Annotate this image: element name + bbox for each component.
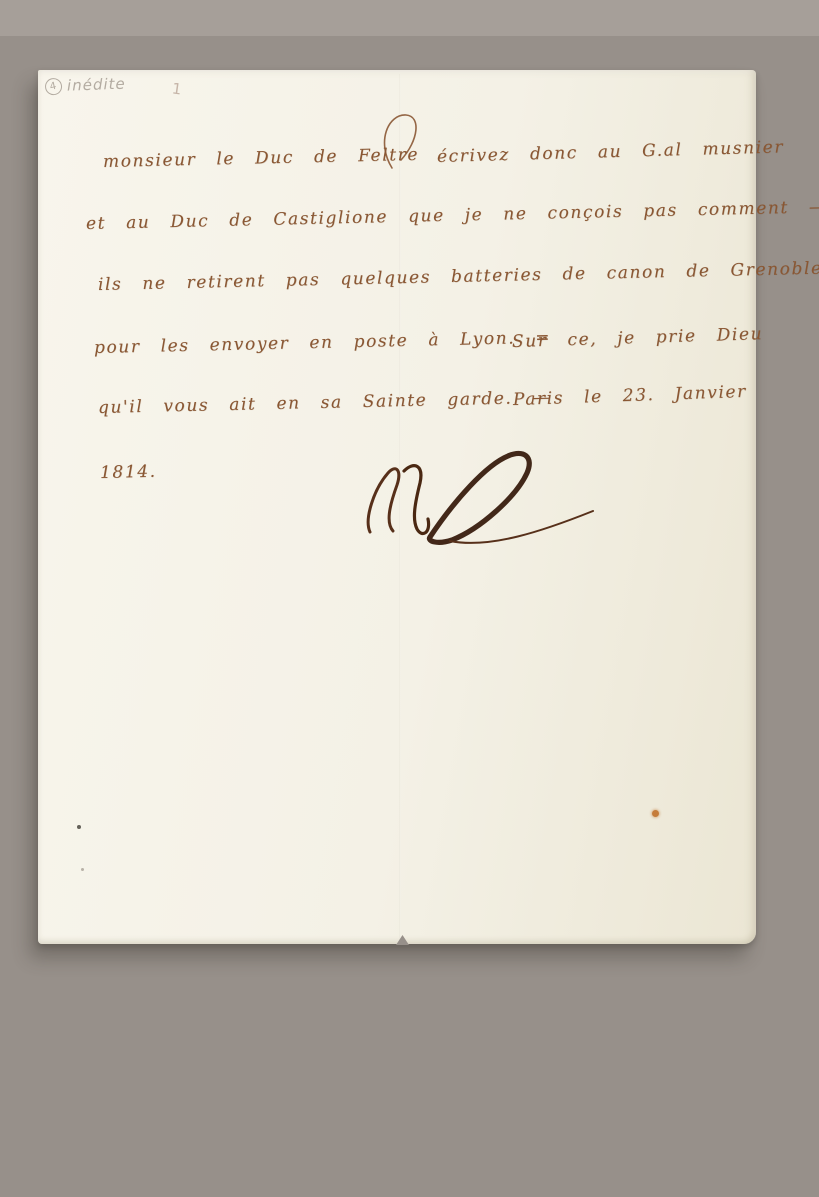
background-top-band (0, 0, 819, 36)
circled-number-annotation: 4 (43, 76, 63, 96)
foxing-spot (652, 810, 659, 817)
inedite-annotation-label: inédite (67, 75, 126, 95)
ink-speck-faint (81, 868, 84, 871)
letter-photograph: { "scene": { "background_color": "#97908… (0, 0, 819, 1197)
letter-date-year: 1814. (100, 462, 157, 483)
ink-speck (77, 825, 81, 829)
pencil-annotation: 4 inédite (45, 75, 126, 96)
napoleon-signature-flourish (338, 437, 608, 562)
